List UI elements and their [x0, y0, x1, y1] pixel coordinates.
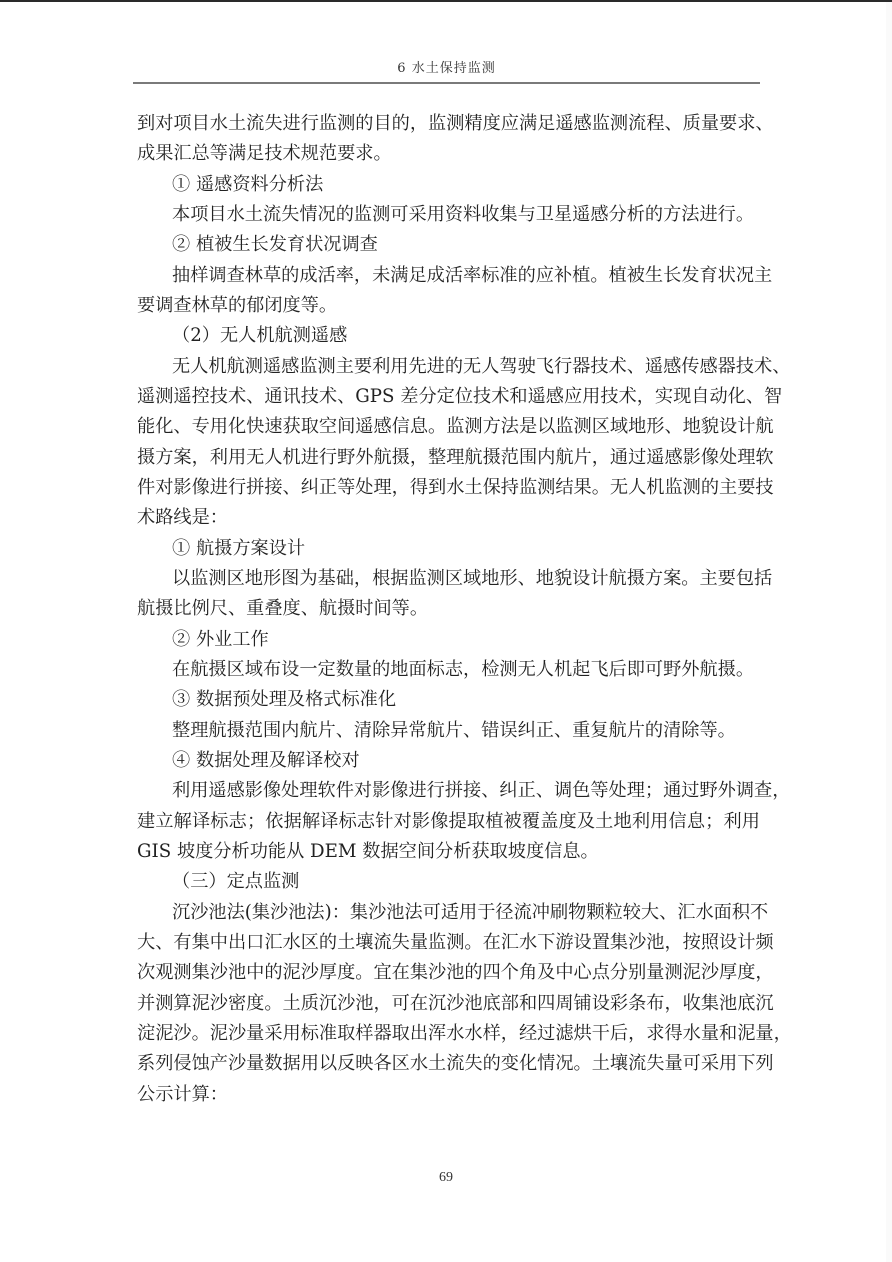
text-line: 系列侵蚀产沙量数据用以反映各区水土流失的变化情况。土壤流失量可采用下列 — [137, 1049, 760, 1079]
text-line: 次观测集沙池中的泥沙厚度。宜在集沙池的四个角及中心点分别量测泥沙厚度， — [137, 958, 760, 988]
list-item-heading: ② 植被生长发育状况调查 — [137, 230, 760, 260]
text-line: 公示计算： — [137, 1080, 760, 1110]
list-item-heading: ① 遥感资料分析法 — [137, 170, 760, 200]
text-line: 沉沙池法(集沙池法)：集沙池法可适用于径流冲刷物颗粒较大、汇水面积不 — [137, 898, 760, 928]
list-item-heading: ② 外业工作 — [137, 625, 760, 655]
text-line: 件对影像进行拼接、纠正等处理，得到水土保持监测结果。无人机监测的主要技 — [137, 473, 760, 503]
text-line: 以监测区地形图为基础，根据监测区域地形、地貌设计航摄方案。主要包括 — [137, 564, 760, 594]
text-line: 并测算泥沙密度。土质沉沙池，可在沉沙池底部和四周铺设彩条布，收集池底沉 — [137, 989, 760, 1019]
list-item-heading: ④ 数据处理及解译校对 — [137, 746, 760, 776]
text-line: 成果汇总等满足技术规范要求。 — [137, 139, 760, 169]
text-line: 整理航摄范围内航片、清除异常航片、错误纠正、重复航片的清除等。 — [137, 716, 760, 746]
text-line: 本项目水土流失情况的监测可采用资料收集与卫星遥感分析的方法进行。 — [137, 200, 760, 230]
text-line: 要调查林草的郁闭度等。 — [137, 291, 760, 321]
section-heading: （三）定点监测 — [137, 867, 760, 897]
list-item-heading: ③ 数据预处理及格式标准化 — [137, 685, 760, 715]
text-line: GIS 坡度分析功能从 DEM 数据空间分析获取坡度信息。 — [137, 837, 760, 867]
text-line: 航摄比例尺、重叠度、航摄时间等。 — [137, 594, 760, 624]
text-line: 术路线是： — [137, 503, 760, 533]
running-header: 6 水土保持监测 — [133, 58, 760, 80]
text-line: 到对项目水土流失进行监测的目的，监测精度应满足遥感监测流程、质量要求、 — [137, 109, 760, 139]
list-item-heading: ① 航摄方案设计 — [137, 534, 760, 564]
text-line: 抽样调查林草的成活率，未满足成活率标准的应补植。植被生长发育状况主 — [137, 261, 760, 291]
section-heading: （2）无人机航测遥感 — [137, 321, 760, 351]
text-line: 在航摄区域布设一定数量的地面标志，检测无人机起飞后即可野外航摄。 — [137, 655, 760, 685]
page-top-border — [0, 0, 892, 2]
text-line: 能化、专用化快速获取空间遥感信息。监测方法是以监测区域地形、地貌设计航 — [137, 412, 760, 442]
text-line: 利用遥感影像处理软件对影像进行拼接、纠正、调色等处理；通过野外调查， — [137, 776, 760, 806]
text-line: 大、有集中出口汇水区的土壤流失量监测。在汇水下游设置集沙池，按照设计频 — [137, 928, 760, 958]
text-line: 建立解译标志；依据解译标志针对影像提取植被覆盖度及土地利用信息；利用 — [137, 807, 760, 837]
header-rule — [133, 82, 760, 84]
text-line: 无人机航测遥感监测主要利用先进的无人驾驶飞行器技术、遥感传感器技术、 — [137, 352, 760, 382]
body-text: 到对项目水土流失进行监测的目的，监测精度应满足遥感监测流程、质量要求、 成果汇总… — [137, 109, 760, 1110]
text-line: 摄方案，利用无人机进行野外航摄，整理航摄范围内航片，通过遥感影像处理软 — [137, 443, 760, 473]
text-line: 遥测遥控技术、通讯技术、GPS 差分定位技术和遥感应用技术，实现自动化、智 — [137, 382, 760, 412]
page-number: 69 — [0, 1170, 892, 1186]
page-right-edge — [886, 2, 892, 1262]
text-line: 淀泥沙。泥沙量采用标准取样器取出浑水水样，经过滤烘干后，求得水量和泥量， — [137, 1019, 760, 1049]
